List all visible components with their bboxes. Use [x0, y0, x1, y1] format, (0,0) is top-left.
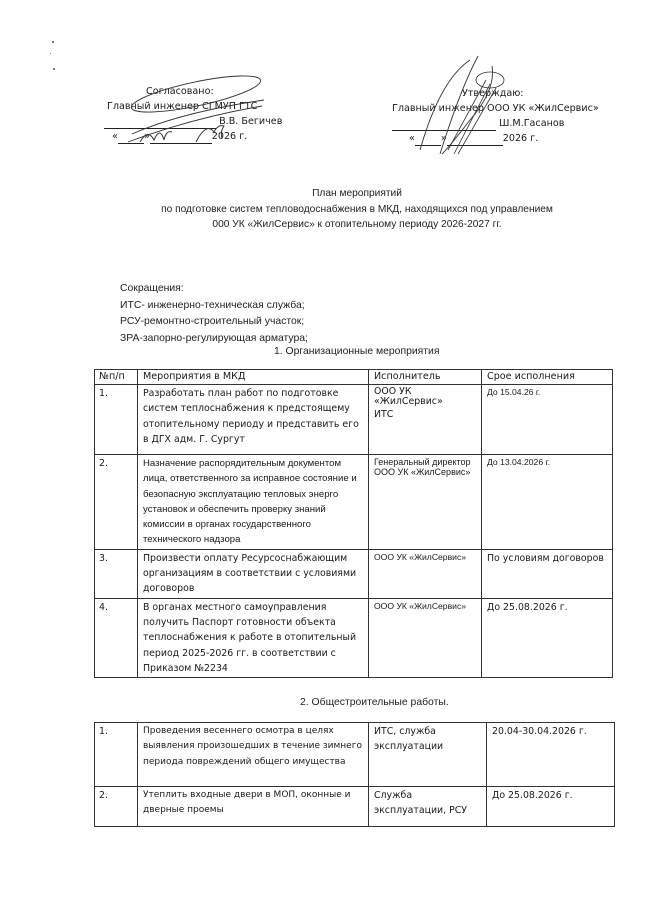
table-row: 4. В органах местного самоуправления пол…: [95, 598, 613, 677]
row-task: Проведения весеннего осмотра в целях выя…: [138, 723, 369, 787]
row-executor: ИТС, служба эксплуатации: [369, 723, 487, 787]
table-row: 3. Произвести оплату Ресурсоснабжающим о…: [95, 549, 613, 598]
abbreviation-item: ИТС- инженерно-техническая служба;: [120, 298, 308, 315]
approval-block-left: Согласовано: Главный инженер СГМУП ГТС В…: [104, 84, 284, 144]
row-task: Произвести оплату Ресурсоснабжающим орга…: [138, 549, 369, 598]
column-header-deadline: Срое исполнения: [482, 370, 613, 385]
table-row: 2. Утеплить входные двери в МОП, оконные…: [95, 787, 615, 827]
construction-works-table: 1. Проведения весеннего осмотра в целях …: [94, 722, 615, 827]
row-number: 2.: [95, 455, 138, 550]
column-header-number: №п/п: [95, 370, 138, 385]
abbreviations-heading: Сокращения:: [120, 281, 308, 298]
section-1-heading: 1. Организационные мероприятия: [274, 346, 440, 357]
scan-speck: [53, 68, 55, 70]
approval-name: Ш.М.Гасанов: [499, 118, 564, 129]
organizational-measures-table: №п/п Мероприятия в МКД Исполнитель Срое …: [94, 369, 613, 678]
title-line-3: 000 УК «ЖилСервис» к отопительному перио…: [0, 217, 650, 233]
row-executor: ООО УК«ЖилСервис»ИТС: [369, 385, 482, 455]
approval-position: Главный инженер ООО УК «ЖилСервис»: [392, 101, 612, 116]
row-executor: ООО УК «ЖилСервис»: [369, 549, 482, 598]
date-open-quote: «: [112, 131, 118, 142]
title-line-1: План мероприятий: [0, 186, 650, 202]
row-deadline: 20.04-30.04.2026 г.: [487, 723, 615, 787]
approval-name: В.В. Бегичев: [219, 116, 282, 127]
row-deadline: До 13.04.2026 г.: [482, 455, 613, 550]
row-task: Разработать план работ по подготовке сис…: [138, 385, 369, 455]
title-line-2: по подготовке систем тепловодоснабжения …: [0, 202, 650, 218]
row-task: В органах местного самоуправления получи…: [138, 598, 369, 677]
row-executor: ООО УК «ЖилСервис»: [369, 598, 482, 677]
approval-block-right: Утверждаю: Главный инженер ООО УК «ЖилСе…: [392, 86, 612, 146]
table-header-row: №п/п Мероприятия в МКД Исполнитель Срое …: [95, 370, 613, 385]
approval-label: Согласовано:: [104, 84, 284, 99]
date-day-line: [415, 145, 441, 146]
date-close-quote: »: [144, 131, 150, 142]
date-day-line: [118, 143, 144, 144]
column-header-executor: Исполнитель: [369, 370, 482, 385]
row-task: Назначение распорядительным документом л…: [138, 455, 369, 550]
row-executor: Генеральный директор ООО УК «ЖилСервис»: [369, 455, 482, 550]
row-deadline: До 15.04.26 г.: [482, 385, 613, 455]
approval-position: Главный инженер СГМУП ГТС: [104, 99, 284, 114]
approval-year: 2026 г.: [503, 133, 539, 144]
row-number: 2.: [95, 787, 138, 827]
date-open-quote: «: [409, 133, 415, 144]
approval-label: Утверждаю:: [392, 86, 612, 101]
table-row: 2. Назначение распорядительным документо…: [95, 455, 613, 550]
abbreviations-block: Сокращения: ИТС- инженерно-техническая с…: [120, 281, 308, 347]
row-deadline: До 25.08.2026 г.: [482, 598, 613, 677]
table-row: 1. Разработать план работ по подготовке …: [95, 385, 613, 455]
table-row: 1. Проведения весеннего осмотра в целях …: [95, 723, 615, 787]
row-deadline: По условиям договоров: [482, 549, 613, 598]
date-close-quote: »: [441, 133, 447, 144]
scan-speck: [50, 53, 51, 54]
abbreviation-item: ЗРА-запорно-регулирующая арматура;: [120, 331, 308, 348]
row-number: 1.: [95, 385, 138, 455]
document-title: План мероприятий по подготовке систем те…: [0, 186, 650, 233]
approval-year: 2026 г.: [212, 131, 248, 142]
date-month-line: [150, 143, 212, 144]
row-number: 4.: [95, 598, 138, 677]
section-2-heading: 2. Общестроительные работы.: [300, 697, 449, 708]
row-executor: Служба эксплуатации, РСУ: [369, 787, 487, 827]
column-header-task: Мероприятия в МКД: [138, 370, 369, 385]
row-deadline: До 25.08.2026 г.: [487, 787, 615, 827]
row-number: 3.: [95, 549, 138, 598]
date-month-line: [447, 145, 503, 146]
row-task: Утеплить входные двери в МОП, оконные и …: [138, 787, 369, 827]
scan-speck: [52, 41, 54, 43]
abbreviation-item: РСУ-ремонтно-строительный участок;: [120, 314, 308, 331]
row-number: 1.: [95, 723, 138, 787]
